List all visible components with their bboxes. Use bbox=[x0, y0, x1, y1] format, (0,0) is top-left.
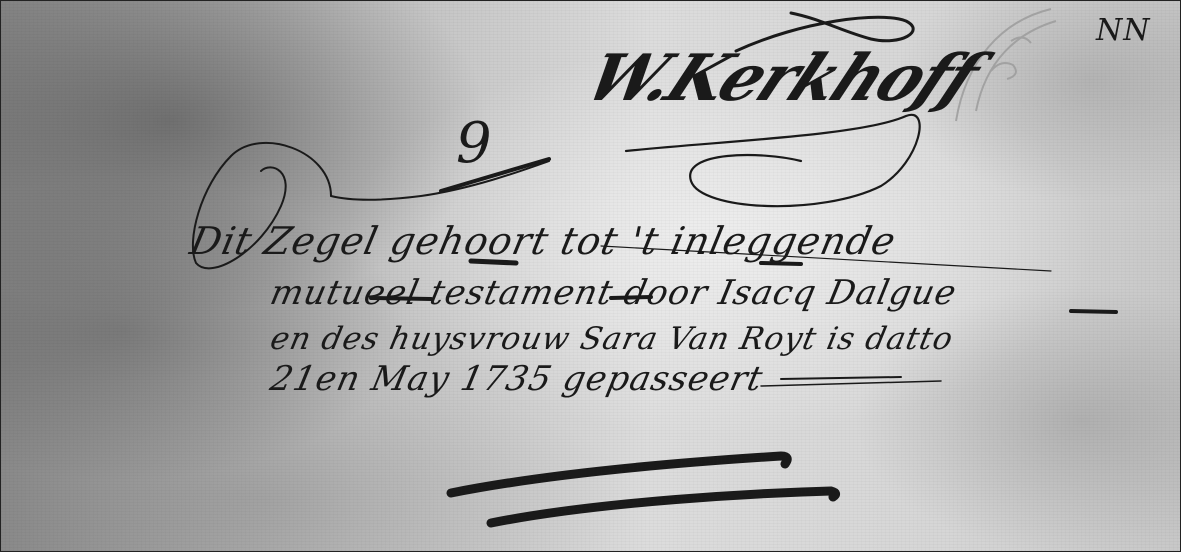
text-line-2: mutueel testament door Isacq Dalgue bbox=[267, 273, 961, 313]
signature: W.Kerkhoff bbox=[574, 41, 990, 116]
corner-mark: NN bbox=[1096, 13, 1151, 48]
text-line-1: Dit Zegel gehoort tot 't inleggende bbox=[186, 219, 900, 263]
text-line-4: 21en May 1735 gepasseert bbox=[267, 359, 767, 399]
document-scan: W.Kerkhoff NN 9 Dit Zegel gehoort tot 't… bbox=[0, 0, 1181, 552]
text-line-3: en des huysvrouw Sara Van Royt is datto bbox=[267, 321, 957, 357]
folio-number: 9 bbox=[456, 111, 493, 176]
